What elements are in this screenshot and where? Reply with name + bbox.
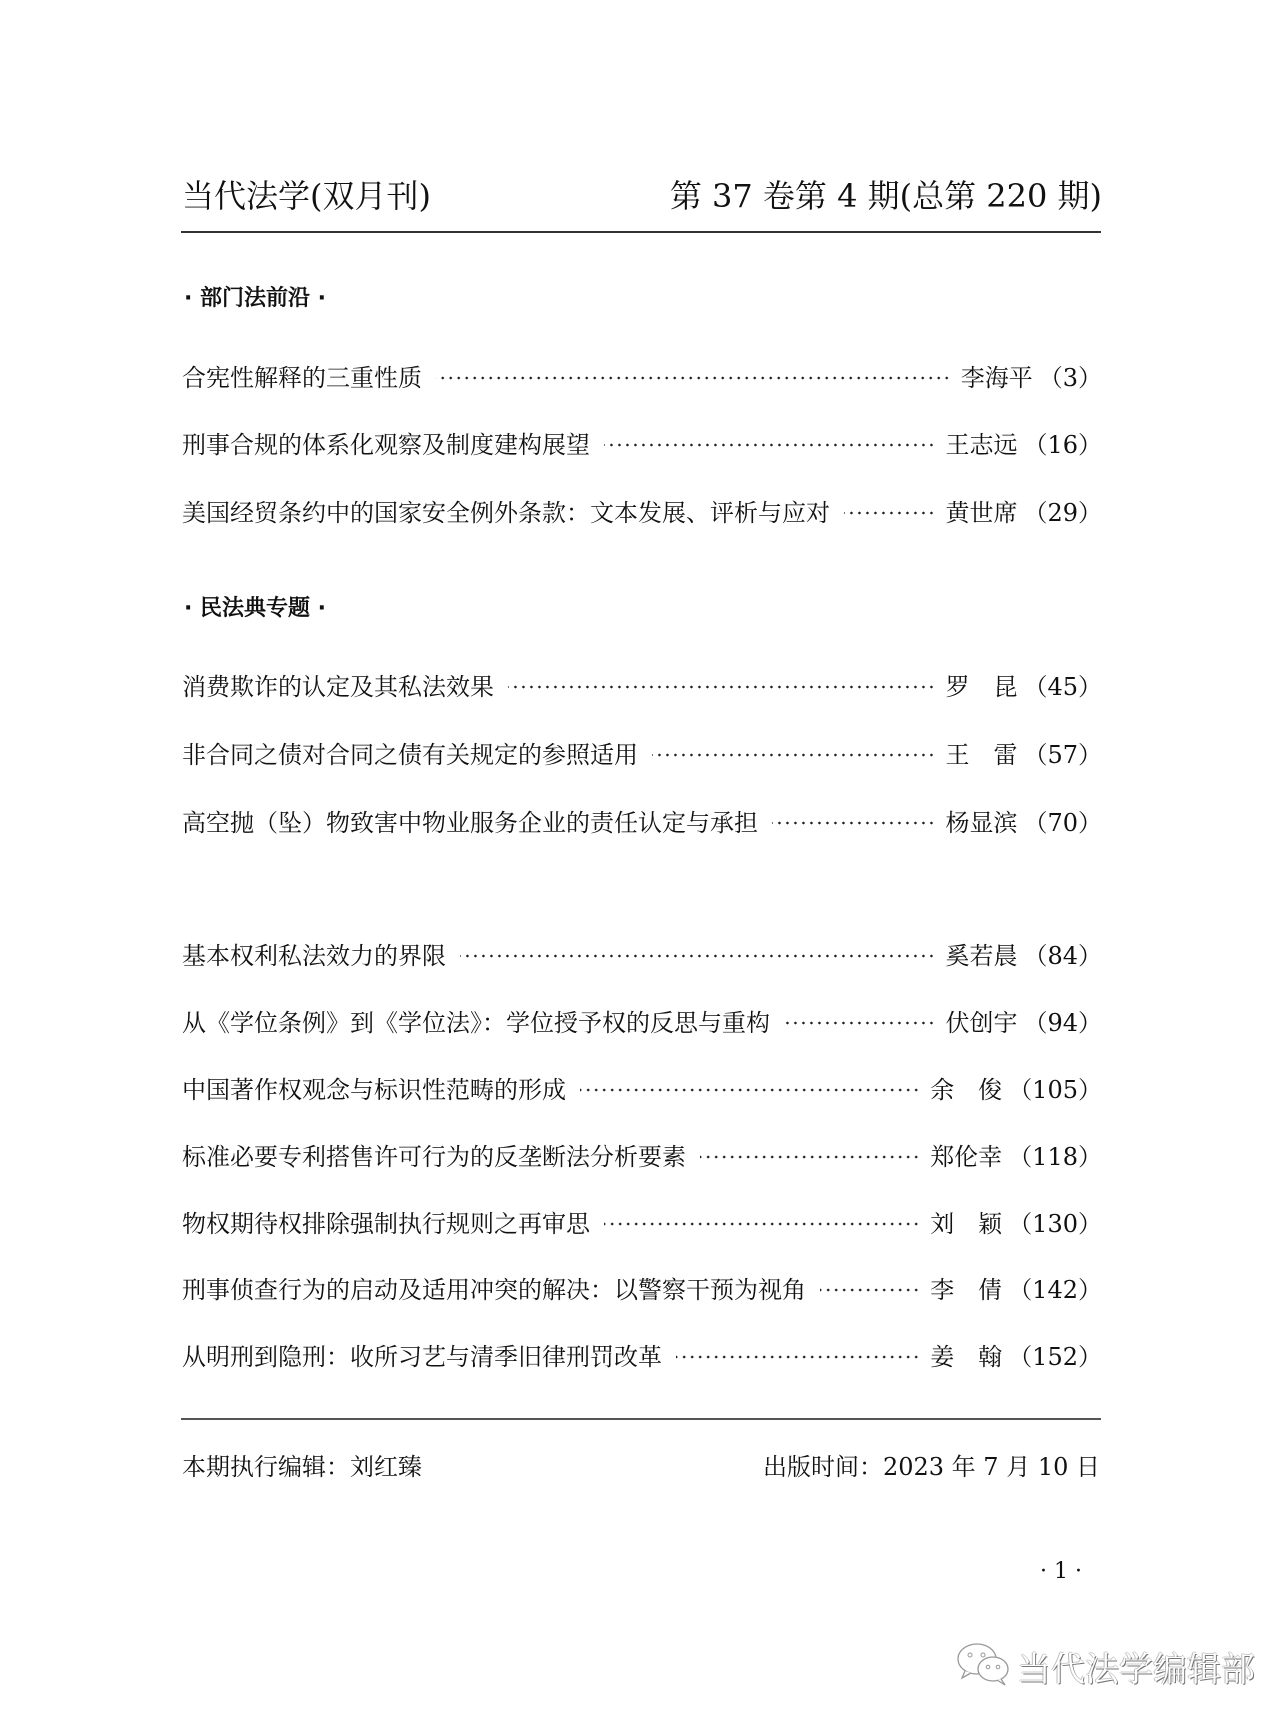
dot-leader — [652, 753, 935, 757]
dot-leader — [436, 376, 951, 380]
toc-author: 姜 翰 — [930, 1337, 1002, 1372]
toc-author: 王 雷 — [945, 735, 1017, 770]
toc-entry[interactable]: 刑事侦查行为的启动及适用冲突的解决：以警察干预为视角 李 倩 （142） — [182, 1270, 1102, 1304]
toc-entry[interactable]: 物权期待权排除强制执行规则之再审思 刘 颖 （130） — [182, 1204, 1102, 1238]
toc-author: 李 倩 — [930, 1270, 1002, 1305]
toc-title: 合宪性解释的三重性质 — [182, 358, 422, 393]
toc-author: 郑伦幸 — [930, 1137, 1002, 1172]
toc-author: 奚若晨 — [945, 936, 1017, 971]
toc-page: （152） — [1008, 1337, 1102, 1372]
toc-entry[interactable]: 高空抛（坠）物致害中物业服务企业的责任认定与承担 杨显滨 （70） — [182, 803, 1102, 837]
watermark-text: 当代法学编辑部 — [1017, 1642, 1255, 1691]
wechat-icon — [955, 1640, 1011, 1692]
toc-author: 黄世席 — [945, 493, 1017, 528]
publish-date: 出版时间：2023 年 7 月 10 日 — [763, 1451, 1100, 1483]
toc-author: 刘 颖 — [930, 1204, 1002, 1239]
dot-leader — [844, 511, 935, 515]
toc-title: 刑事侦查行为的启动及适用冲突的解决：以警察干预为视角 — [182, 1270, 806, 1305]
dot-leader — [784, 1021, 935, 1025]
toc-page: （142） — [1008, 1270, 1102, 1305]
watermark: 当代法学编辑部 — [955, 1640, 1255, 1692]
dot-leader — [700, 1155, 920, 1159]
issue-info: 第 37 卷第 4 期(总第 220 期) — [670, 176, 1102, 216]
executive-editor: 本期执行编辑：刘红臻 — [182, 1451, 422, 1483]
toc-title: 物权期待权排除强制执行规则之再审思 — [182, 1204, 590, 1239]
toc-page: （94） — [1023, 1003, 1102, 1038]
toc-author: 杨显滨 — [945, 803, 1017, 838]
toc-entry[interactable]: 非合同之债对合同之债有关规定的参照适用 王 雷 （57） — [182, 735, 1102, 769]
toc-entry[interactable]: 从《学位条例》到《学位法》：学位授予权的反思与重构 伏创宇 （94） — [182, 1003, 1102, 1037]
toc-title: 高空抛（坠）物致害中物业服务企业的责任认定与承担 — [182, 803, 758, 838]
toc-author: 王志远 — [945, 425, 1017, 460]
toc-page: （130） — [1008, 1204, 1102, 1239]
toc-author: 罗 昆 — [945, 667, 1017, 702]
toc-page: （3） — [1039, 358, 1102, 393]
dot-leader — [460, 954, 935, 958]
toc-author: 余 俊 — [930, 1070, 1002, 1105]
section-heading-frontier: · 部门法前沿 · — [184, 285, 326, 313]
toc-title: 基本权利私法效力的界限 — [182, 936, 446, 971]
toc-page: （118） — [1008, 1137, 1102, 1172]
toc-page: （84） — [1023, 936, 1102, 971]
toc-page: （105） — [1008, 1070, 1102, 1105]
journal-title: 当代法学(双月刊) — [182, 176, 431, 216]
toc-title: 从明刑到隐刑：收所习艺与清季旧律刑罚改革 — [182, 1337, 662, 1372]
toc-title: 刑事合规的体系化观察及制度建构展望 — [182, 425, 590, 460]
toc-title: 中国著作权观念与标识性范畴的形成 — [182, 1070, 566, 1105]
toc-page: （45） — [1023, 667, 1102, 702]
dot-leader — [820, 1288, 920, 1292]
toc-author: 李海平 — [961, 358, 1033, 393]
page-number: · 1 · — [1040, 1558, 1082, 1586]
dot-leader — [604, 1222, 920, 1226]
toc-entry[interactable]: 美国经贸条约中的国家安全例外条款：文本发展、评析与应对 黄世席 （29） — [182, 493, 1102, 527]
footer-rule — [181, 1418, 1101, 1420]
dot-leader — [676, 1355, 920, 1359]
section-heading-civil-code: · 民法典专题 · — [184, 595, 326, 623]
toc-entry[interactable]: 消费欺诈的认定及其私法效果 罗 昆 （45） — [182, 667, 1102, 701]
toc-page: （16） — [1023, 425, 1102, 460]
dot-leader — [772, 821, 935, 825]
dot-leader — [508, 685, 935, 689]
toc-page: （57） — [1023, 735, 1102, 770]
toc-title: 美国经贸条约中的国家安全例外条款：文本发展、评析与应对 — [182, 493, 830, 528]
dot-leader — [604, 443, 935, 447]
toc-page: （29） — [1023, 493, 1102, 528]
toc-entry[interactable]: 合宪性解释的三重性质 李海平 （3） — [182, 358, 1102, 392]
toc-title: 标准必要专利搭售许可行为的反垄断法分析要素 — [182, 1137, 686, 1172]
toc-entry[interactable]: 基本权利私法效力的界限 奚若晨 （84） — [182, 936, 1102, 970]
toc-entry[interactable]: 从明刑到隐刑：收所习艺与清季旧律刑罚改革 姜 翰 （152） — [182, 1337, 1102, 1371]
toc-title: 非合同之债对合同之债有关规定的参照适用 — [182, 735, 638, 770]
toc-author: 伏创宇 — [945, 1003, 1017, 1038]
toc-entry[interactable]: 刑事合规的体系化观察及制度建构展望 王志远 （16） — [182, 425, 1102, 459]
dot-leader — [580, 1088, 920, 1092]
toc-entry[interactable]: 标准必要专利搭售许可行为的反垄断法分析要素 郑伦幸 （118） — [182, 1137, 1102, 1171]
toc-title: 从《学位条例》到《学位法》：学位授予权的反思与重构 — [182, 1003, 770, 1038]
toc-page: （70） — [1023, 803, 1102, 838]
toc-entry[interactable]: 中国著作权观念与标识性范畴的形成 余 俊 （105） — [182, 1070, 1102, 1104]
toc-title: 消费欺诈的认定及其私法效果 — [182, 667, 494, 702]
header-rule — [181, 231, 1101, 233]
